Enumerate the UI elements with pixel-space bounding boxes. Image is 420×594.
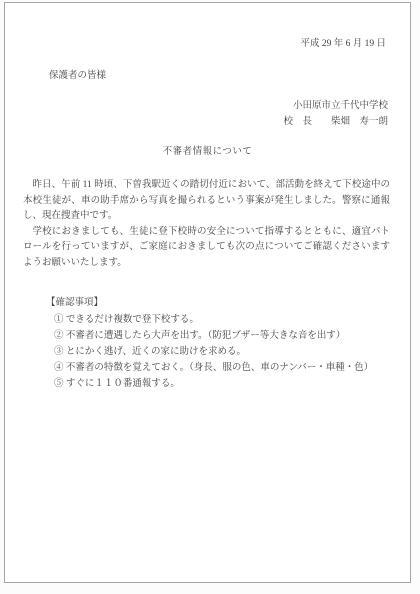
recipient-line: 保護者の皆様 <box>5 69 410 84</box>
sender-principal: 校 長 柴畑 寿一朗 <box>5 114 388 130</box>
checklist-item-2: ② 不審者に遭遇したら大声を出す。（防犯ブザー等大きな音を出す） <box>54 329 394 345</box>
body-paragraph-1: 昨日、午前 11 時頃、下曽我駅近くの踏切付近において、部活動を終えて下校途中の… <box>23 178 390 225</box>
checklist-header: 【確認事項】 <box>5 296 410 312</box>
document-date: 平成 29 年 6 月 19 日 <box>5 37 410 52</box>
sender-block: 小田原市立千代中学校 校 長 柴畑 寿一朗 <box>5 98 410 130</box>
checklist-section: 【確認事項】 ① できるだけ複数で登下校する。 ② 不審者に遭遇したら大声を出す… <box>5 296 410 393</box>
checklist-item-4: ④ 不審者の特徴を覚えておく。（身長、服の色、車のナンバー・車種・色） <box>54 361 394 377</box>
sender-school: 小田原市立千代中学校 <box>5 98 388 114</box>
checklist-item-3: ③ とにかく逃げ、近くの家に助けを求める。 <box>54 345 394 361</box>
checklist-item-5: ⑤ すぐに１１０番通報する。 <box>54 377 394 393</box>
checklist-items: ① できるだけ複数で登下校する。 ② 不審者に遭遇したら大声を出す。（防犯ブザー… <box>5 313 410 392</box>
document-page: 平成 29 年 6 月 19 日 保護者の皆様 小田原市立千代中学校 校 長 柴… <box>4 2 411 583</box>
document-title: 不審者情報について <box>5 145 410 160</box>
body-text: 昨日、午前 11 時頃、下曽我駅近くの踏切付近において、部活動を終えて下校途中の… <box>5 178 410 272</box>
body-paragraph-2: 学校におきましても、生徒に登下校時の安全について指導するとともに、適宜パトロール… <box>23 225 390 272</box>
checklist-item-1: ① できるだけ複数で登下校する。 <box>54 313 394 329</box>
